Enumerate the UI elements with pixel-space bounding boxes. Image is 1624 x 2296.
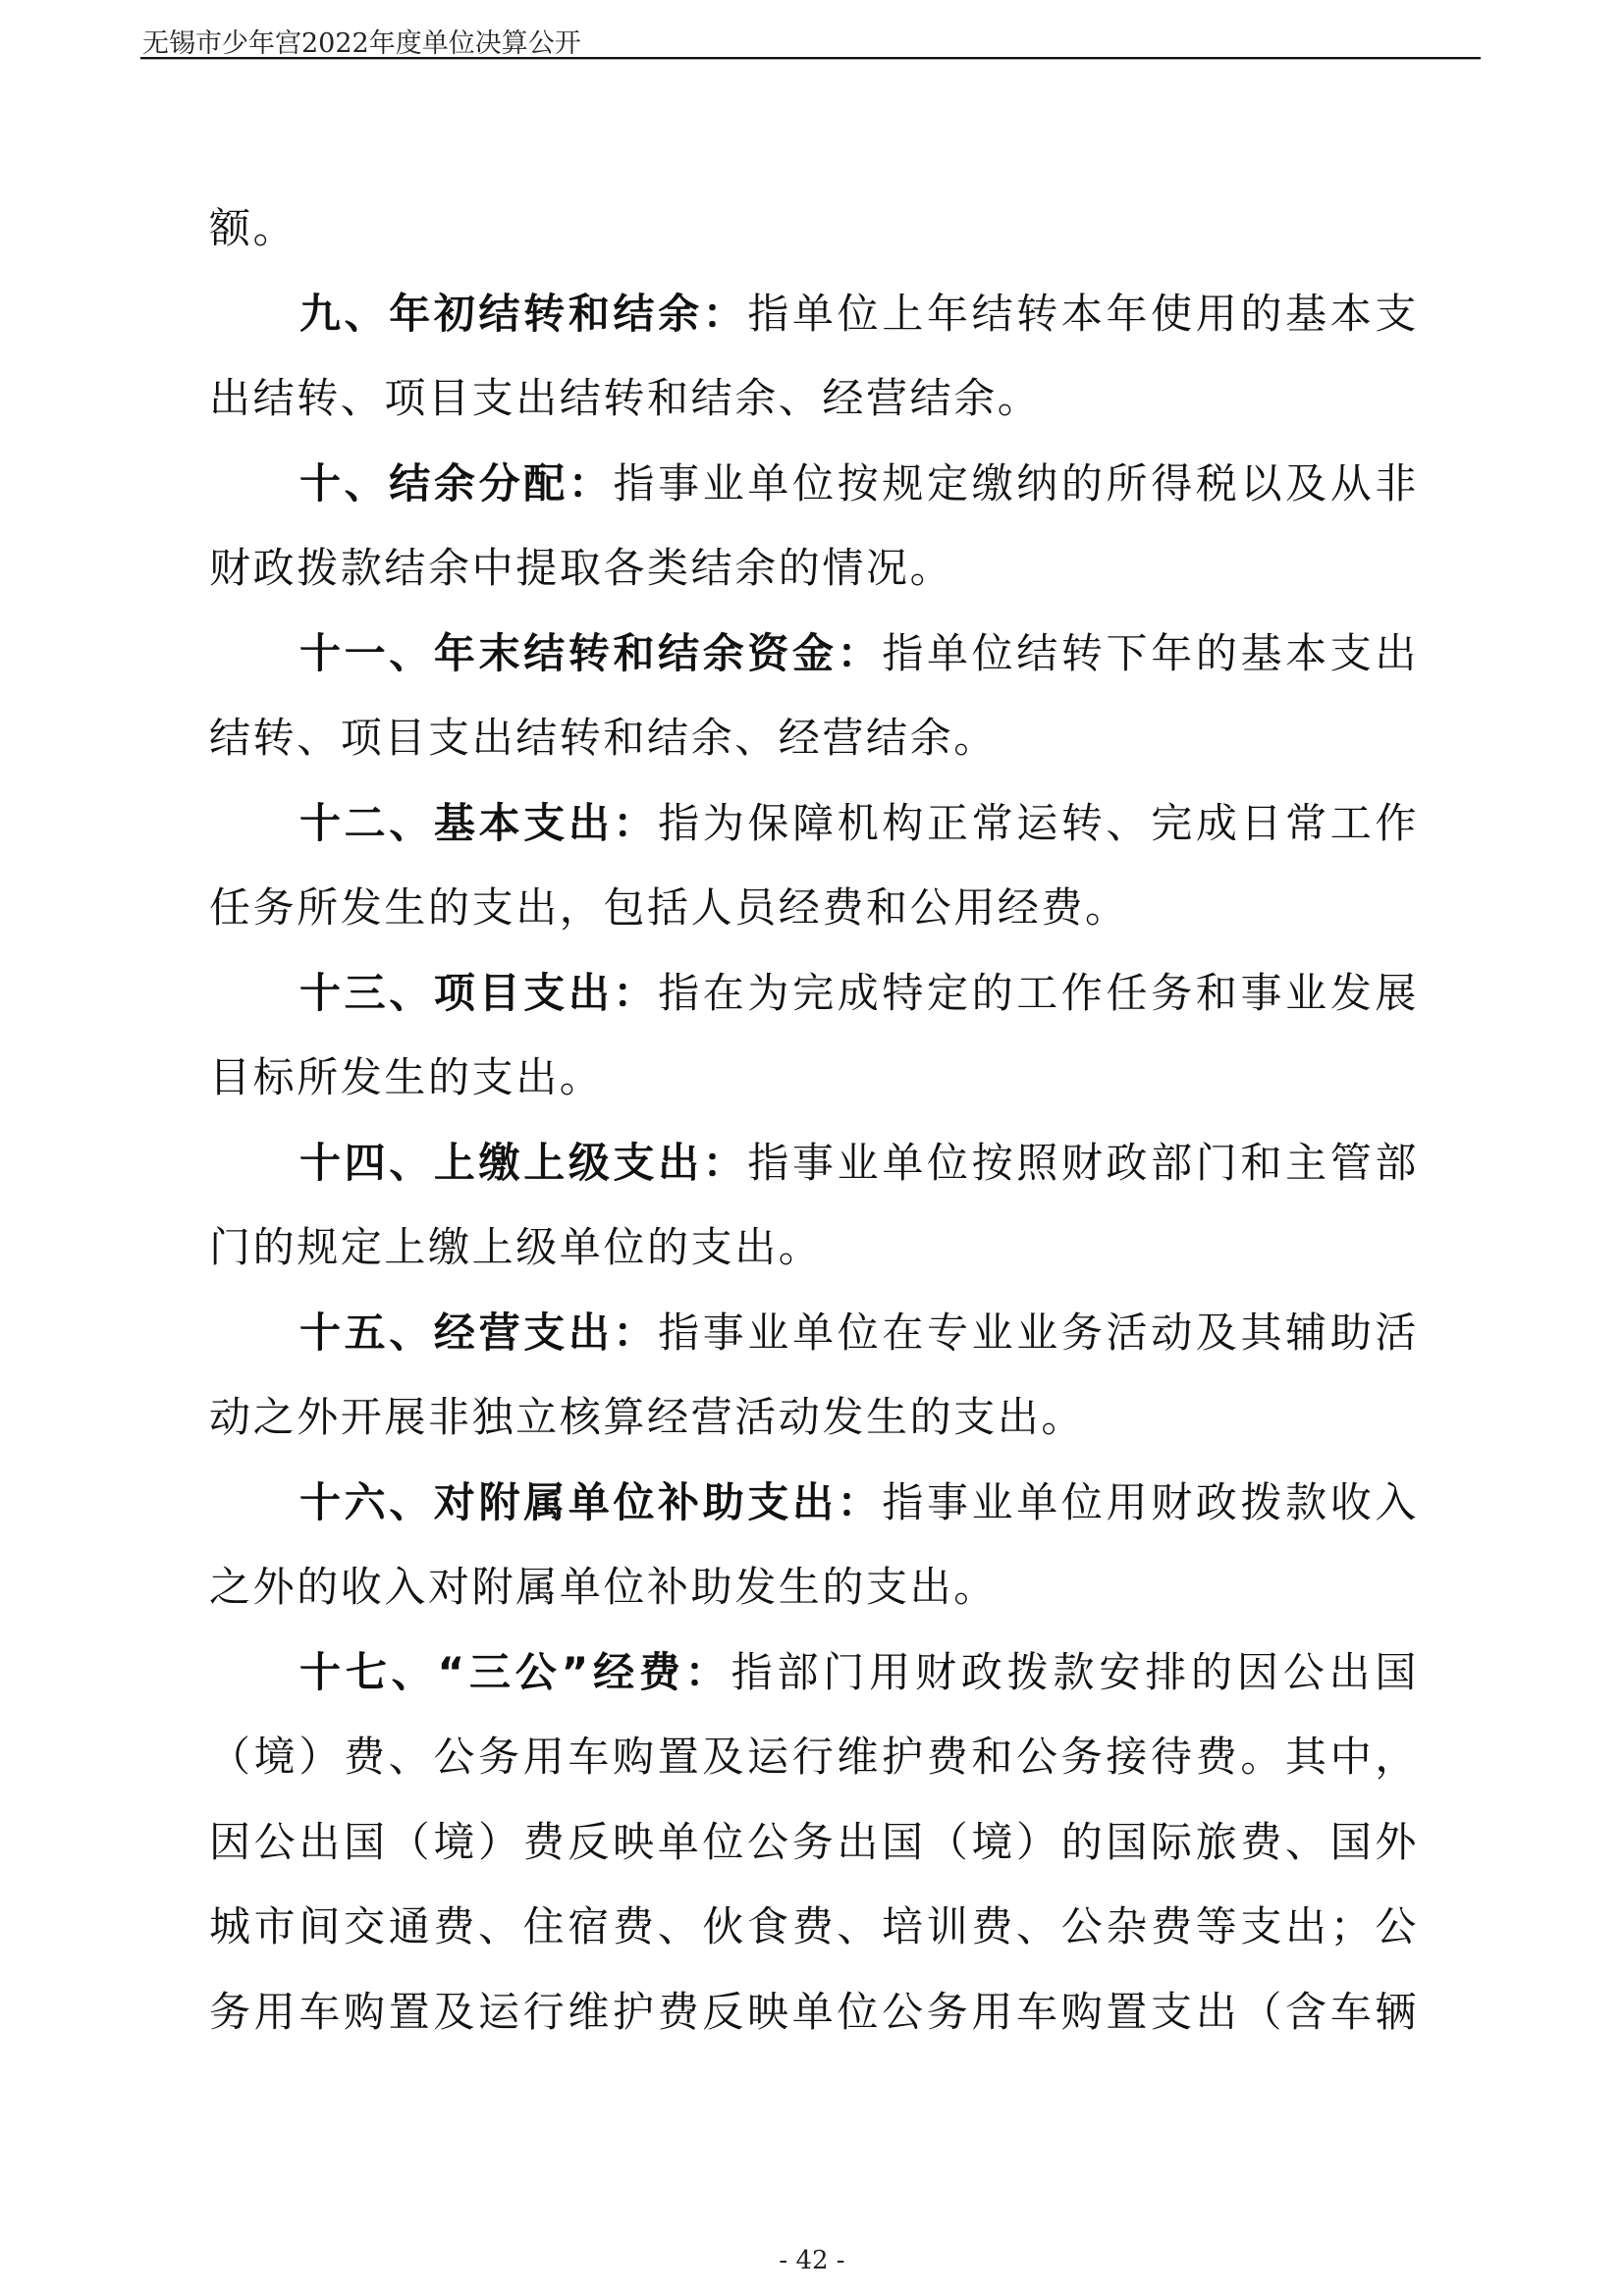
text-line-7: 结转、项目支出结转和结余、经营结余。 (209, 696, 1419, 781)
line-text: 指在为完成特定的工作任务和事业发展 (658, 969, 1419, 1017)
definition-12: 十二、基本支出：指为保障机构正常运转、完成日常工作 (209, 781, 1419, 867)
line-text: 之外的收入对附属单位补助发生的支出。 (209, 1563, 998, 1611)
definition-17: 十七、“三公”经费：指部门用财政拨款安排的因公出国 (209, 1630, 1419, 1716)
text-line-5: 财政拨款结余中提取各类结余的情况。 (209, 526, 1419, 612)
line-text: 指单位结转下年的基本支出 (882, 629, 1419, 677)
line-text: 额。 (209, 204, 297, 252)
text-line-22: 务用车购置及运行维护费反映单位公务用车购置支出（含车辆 (209, 1970, 1419, 2056)
text-line-3: 出结转、项目支出结转和结余、经营结余。 (209, 356, 1419, 442)
text-line-19: （境）费、公务用车购置及运行维护费和公务接待费。其中， (209, 1715, 1419, 1800)
term-label: 十六、对附属单位补助支出： (299, 1478, 882, 1526)
definition-14: 十四、上缴上级支出：指事业单位按照财政部门和主管部 (209, 1121, 1419, 1206)
term-label: 十七、“三公”经费： (299, 1648, 731, 1696)
line-text: 动之外开展非独立核算经营活动发生的支出。 (209, 1393, 1085, 1441)
line-text: 指事业单位在专业业务活动及其辅助活 (658, 1308, 1419, 1357)
definition-10: 十、结余分配：指事业单位按规定缴纳的所得税以及从非 (209, 442, 1419, 527)
term-label: 十三、项目支出： (299, 969, 658, 1017)
text-line-13: 门的规定上缴上级单位的支出。 (209, 1205, 1419, 1291)
line-text: 目标所发生的支出。 (209, 1053, 603, 1101)
text-line-9: 任务所发生的支出，包括人员经费和公用经费。 (209, 866, 1419, 951)
definition-15: 十五、经营支出：指事业单位在专业业务活动及其辅助活 (209, 1291, 1419, 1376)
text-line-15: 动之外开展非独立核算经营活动发生的支出。 (209, 1375, 1419, 1461)
document-body: 额。 九、年初结转和结余：指单位上年结转本年使用的基本支 出结转、项目支出结转和… (209, 187, 1419, 2055)
document-header-title: 无锡市少年宫2022年度单位决算公开 (142, 22, 581, 60)
line-text: 指单位上年结转本年使用的基本支 (747, 290, 1419, 338)
line-text: 城市间交通费、住宿费、伙食费、培训费、公杂费等支出；公 (209, 1902, 1419, 1950)
line-text: 因公出国（境）费反映单位公务出国（境）的国际旅费、国外 (209, 1818, 1419, 1866)
text-line-1: 额。 (209, 187, 1419, 272)
line-text: 指为保障机构正常运转、完成日常工作 (658, 799, 1419, 847)
term-label: 十四、上缴上级支出： (299, 1139, 747, 1187)
definition-16: 十六、对附属单位补助支出：指事业单位用财政拨款收入 (209, 1461, 1419, 1546)
term-label: 十、结余分配： (299, 459, 614, 507)
line-text: 财政拨款结余中提取各类结余的情况。 (209, 544, 953, 592)
term-label: 十五、经营支出： (299, 1308, 658, 1357)
text-line-20: 因公出国（境）费反映单位公务出国（境）的国际旅费、国外 (209, 1800, 1419, 1886)
definition-9: 九、年初结转和结余：指单位上年结转本年使用的基本支 (209, 272, 1419, 357)
term-label: 十一、年末结转和结余资金： (299, 629, 882, 677)
text-line-11: 目标所发生的支出。 (209, 1036, 1419, 1121)
line-text: 出结转、项目支出结转和结余、经营结余。 (209, 374, 1041, 422)
line-text: 务用车购置及运行维护费反映单位公务用车购置支出（含车辆 (209, 1988, 1419, 2036)
definition-11: 十一、年末结转和结余资金：指单位结转下年的基本支出 (209, 612, 1419, 697)
definition-13: 十三、项目支出：指在为完成特定的工作任务和事业发展 (209, 951, 1419, 1037)
term-label: 九、年初结转和结余： (299, 290, 747, 338)
page-number: - 42 - (0, 2246, 1624, 2275)
line-text: 结转、项目支出结转和结余、经营结余。 (209, 714, 998, 762)
line-text: 指事业单位用财政拨款收入 (882, 1478, 1419, 1526)
line-text: 任务所发生的支出，包括人员经费和公用经费。 (209, 883, 1129, 932)
text-line-17: 之外的收入对附属单位补助发生的支出。 (209, 1545, 1419, 1630)
line-text: （境）费、公务用车购置及运行维护费和公务接待费。其中， (209, 1733, 1419, 1781)
text-line-21: 城市间交通费、住宿费、伙食费、培训费、公杂费等支出；公 (209, 1885, 1419, 1970)
line-text: 门的规定上缴上级单位的支出。 (209, 1223, 822, 1271)
header-divider (140, 57, 1481, 60)
line-text: 指事业单位按规定缴纳的所得税以及从非 (614, 459, 1420, 507)
term-label: 十二、基本支出： (299, 799, 658, 847)
line-text: 指事业单位按照财政部门和主管部 (747, 1139, 1419, 1187)
line-text: 指部门用财政拨款安排的因公出国 (731, 1648, 1419, 1696)
